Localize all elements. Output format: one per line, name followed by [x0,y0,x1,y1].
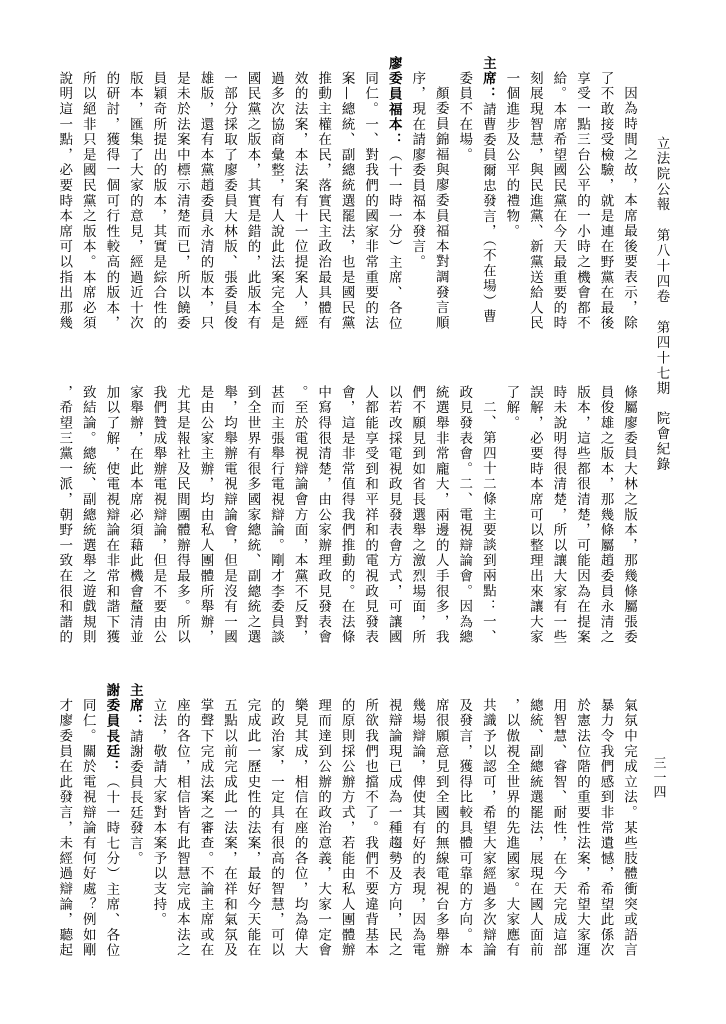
text-column: ，希望三黨一派，朝野一致在很和諧的 [52,385,76,645]
text-column: 的研討，獲得一個可行性較高的版本， [99,71,123,331]
speech-column: 主席：請曹委員爾忠發言，（不在場）曹 [475,56,499,325]
text-column: 是由公家主辦，均由私人團體所舉辦， [193,385,217,645]
text-column: 座的各位，相信皆有此智慧完成本法之 [169,698,193,958]
gazette-page: 立法院公報 第八十四卷 第四十七期 院會紀錄 三一四 因為時間之故，本席最後要表… [0,0,726,1024]
text-column: 同仁。一、對我們的國家非常重要的法 [358,71,382,331]
text-band-top: 因為時間之故，本席最後要表示，除 了不敢接受檢驗，就是連在野黨在最後 享受一點三… [52,71,641,331]
text-column: 的政治家，一定具有很高的智慧，可以 [264,698,288,958]
text-column: 統選舉非常龐大，兩邊的人手很多，我 [428,385,452,645]
publication-title: 立法院公報 [649,136,673,213]
text-column: 條屬廖委員大林之版本，那幾條屬張委 [616,385,640,645]
text-column: 雄版，還有本黨趙委員永清的版本，只 [193,71,217,331]
text-column: 享受一點三台公平的一小時之機會都不 [569,71,593,331]
text-column: 的原則採公辦方式，若能由私人團體辦 [334,698,358,958]
volume-label: 第八十四卷 [649,228,673,305]
speaker-name: 主席： [480,56,496,102]
text-column: 員俊雄之版本，那幾條屬趙委員永清之 [593,385,617,645]
issue-label: 第四十七期 [649,320,673,397]
text-column: 了不敢接受檢驗，就是連在野黨在最後 [593,71,617,331]
text-column: 員穎奇所提出的版本，其實是綜合性的 [146,71,170,331]
text-column: 甚而主張舉行電視辯論。剛才李委員談 [264,385,288,645]
text-column: 給。本席希望國民黨在今天最重要的時 [546,71,570,331]
text-column: 家舉辦，在此本席必須藉此機會釐清並 [122,385,146,645]
text-column: 暴力令我們感到非常遺憾，希望此係次 [593,698,617,958]
text-column: 版本，這些都很清楚，可能因為在提案 [569,385,593,645]
text-column: 理而達到公辦的政治意義，大家一定會 [311,698,335,958]
text-column: ，以傲視全世界的先進國家。大家應有 [499,698,523,958]
text-column: 視辯論現已成為一種趨勢及方向，民之 [381,698,405,958]
text-column: 加以了解，使電視辯論在非常和諧下獲 [99,385,123,645]
text-column: 所欲我們也擋不了。我們不要違背基本 [358,698,382,958]
text-column: 一個進步及公平的禮物。 [499,71,523,239]
speaker-name: 謝委員長廷： [103,683,119,775]
text-column: 是未於法案中標示清楚而已，所以饒委 [169,71,193,331]
speech-column: 廖委員福本：（十一時一分）主席、各位 [381,56,405,331]
text-band-bottom: 氣氛中完成立法。某些肢體衝突或語言 暴力令我們感到非常遺憾，希望此係次 於憲法位… [52,698,641,958]
text-column: 於憲法位階的重要性法案，希望大家運 [569,698,593,958]
text-column: 立法，敬請大家對本案予以支持。 [146,698,170,928]
text-column: 推動主權在民，落實民主政治最具體有 [311,71,335,331]
text-column: 會，這是非常值得我們推動的。在法條 [334,385,358,645]
text-column: 國民黨之版本，其實是錯的，此版本有 [240,71,264,331]
text-column: 幾場辯論，俾使其有好的表現，因為電 [405,698,429,958]
text-column: 效的法案，本法案有十一位提案人，經 [287,71,311,331]
text-column: 因為時間之故，本席最後要表示，除 [616,71,640,331]
text-column: 樂見其成，相信在座的各位，均為偉大 [287,698,311,958]
speech-text: 請曹委員爾忠發言，（不在場）曹 [480,102,496,325]
text-column: 以若改採電視政見發表會方式，可讓國 [381,385,405,645]
text-band-middle: 條屬廖委員大林之版本，那幾條屬張委 員俊雄之版本，那幾條屬趙委員永清之 版本，這… [52,385,641,645]
text-column: 顏委員錦福與廖委員福本對調發言順 [428,71,452,331]
page-number: 三一四 [646,756,670,800]
text-column: 誤解，必要時本席可以整理出來讓大家 [522,385,546,645]
text-column: 舉，均舉辦電視辯論會，但是沒有一國 [216,385,240,645]
speech-text: （十一時七分）主席、各位 [103,775,119,959]
speech-text: （十一時一分）主席、各位 [386,148,402,332]
text-column: 才廖委員在此發言，未經過辯論，聽起 [52,698,76,958]
text-column: 了解。 [499,385,523,431]
text-column: 尤其是報社及民間團體辦得最多。所以 [169,385,193,645]
text-column: 政見發表會。二、電視辯論會。因為總 [452,385,476,645]
speech-column: 主席：請謝委員長廷發言。 [122,683,146,867]
text-column: 時未說明得很清楚，所以讓大家有一些 [546,385,570,645]
text-column: 到全世界有很多國家總統、副總統之選 [240,385,264,645]
text-column: 過多次協商彙整，有人說此法案完全是 [264,71,288,331]
text-column: 一部分採取了廖委員大林版、張委員俊 [216,71,240,331]
text-column: 委員不在場。 [452,71,476,163]
text-column: 中寫得很清楚，由公家辦理政見發表會 [311,385,335,645]
text-column: 我們贊成舉辦電視辯論，但是不要由公 [146,385,170,645]
text-column: 所以絕非只是國民黨之版本。本席必須 [75,71,99,331]
text-column: 刻展現智慧，與民進黨、新黨送給人民 [522,71,546,331]
speech-text: 請謝委員長廷發言。 [127,729,143,867]
text-column: 氣氛中完成立法。某些肢體衝突或語言 [616,698,640,958]
text-column: 們不願見到如省長選舉之激烈場面，所 [405,385,429,645]
text-column: 五點以前完成此一法案，在祥和氣氛及 [216,698,240,958]
text-column: 完成此一歷史性的法案，最好今天能在 [240,698,264,958]
text-column: 版本，匯集了大家的意見，經過近十次 [122,71,146,331]
text-column: 用智慧、睿智、耐性，在今天完成這部 [546,698,570,958]
text-column: 席很願意見到全國的無線電視台多舉辦 [428,698,452,958]
text-column: 共識予以認可，希望大家經過多次辯論 [475,698,499,958]
text-column: 說明這一點，必要時本席可以指出那幾 [52,71,76,331]
speaker-name: 主席： [127,683,143,729]
text-column: 。至於電視辯論會方面，本黨不反對， [287,385,311,645]
section-label: 院會紀錄 [649,411,673,472]
text-column: 同仁。關於電視辯論有何好處？例如剛 [75,698,99,958]
text-column: 序，現在請廖委員福本發言。 [405,71,429,270]
page-header: 立法院公報 第八十四卷 第四十七期 院會紀錄 [649,136,673,488]
text-column: 二、第四十二條主要談到兩點：一、 [475,385,499,645]
text-column: 掌聲下完成法案之審查。不論主席或在 [193,698,217,958]
text-column: 人都能享受到和平祥和的電視政見發表 [358,385,382,645]
text-column: 案—總統、副總統選罷法，也是國民黨 [334,71,358,331]
text-column: 致結論。總統、副總統選舉之遊戲規則 [75,385,99,645]
speech-column: 謝委員長廷：（十一時七分）主席、各位 [99,683,123,958]
speaker-name: 廖委員福本： [386,56,402,148]
text-column: 及發言，獲得比較具體可靠的方向。本 [452,698,476,958]
text-column: 總統、副總統選罷法，展現在國人面前 [522,698,546,958]
